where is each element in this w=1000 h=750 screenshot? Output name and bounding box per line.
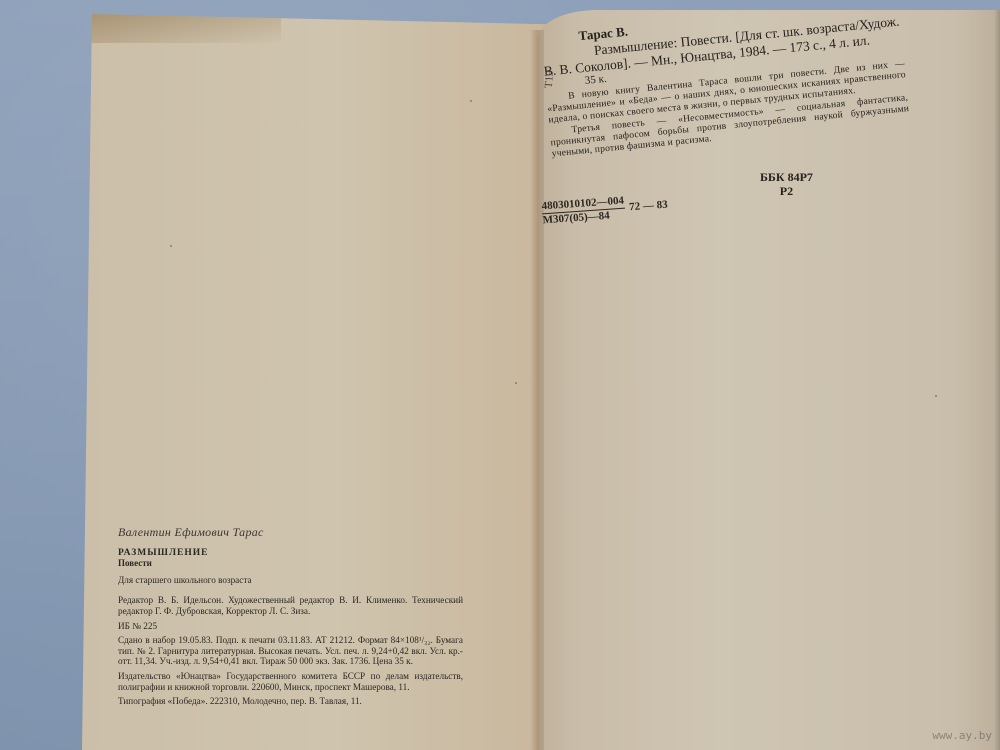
index-mark: Т19	[543, 70, 556, 89]
paper-speck	[470, 100, 472, 102]
paper-speck	[170, 245, 172, 247]
paper-speck	[935, 395, 937, 397]
ib-number: ИБ № 225	[118, 621, 463, 632]
paper-speck	[515, 382, 517, 384]
imprint-block: Валентин Ефимович Тарас РАЗМЫШЛЕНИЕ Пове…	[118, 527, 463, 711]
credits: Редактор В. Б. Идельсон. Художественный …	[118, 595, 463, 616]
audience-note: Для старшего школьного возраста	[118, 575, 463, 586]
book-title: РАЗМЫШЛЕНИЕ	[118, 548, 463, 559]
watermark: www.ay.by	[932, 729, 992, 742]
classification-suffix: 72 — 83	[629, 199, 668, 214]
publisher-info: Издательство «Юнацтва» Государственного …	[118, 671, 463, 692]
bbk-code: ББК 84Р7 Р2	[760, 170, 813, 198]
author-full-name: Валентин Ефимович Тарас	[118, 527, 463, 538]
printer-info: Типография «Победа». 222310, Молодечно, …	[118, 696, 463, 707]
book-subtitle: Повести	[118, 558, 463, 569]
faded-stamp	[600, 222, 820, 302]
book-gutter	[530, 30, 544, 750]
bbk-sub: Р2	[760, 184, 813, 198]
bbk-main: ББК 84Р7	[760, 170, 813, 184]
print-details: Сдано в набор 19.05.83. Подп. к печати 0…	[118, 635, 463, 667]
